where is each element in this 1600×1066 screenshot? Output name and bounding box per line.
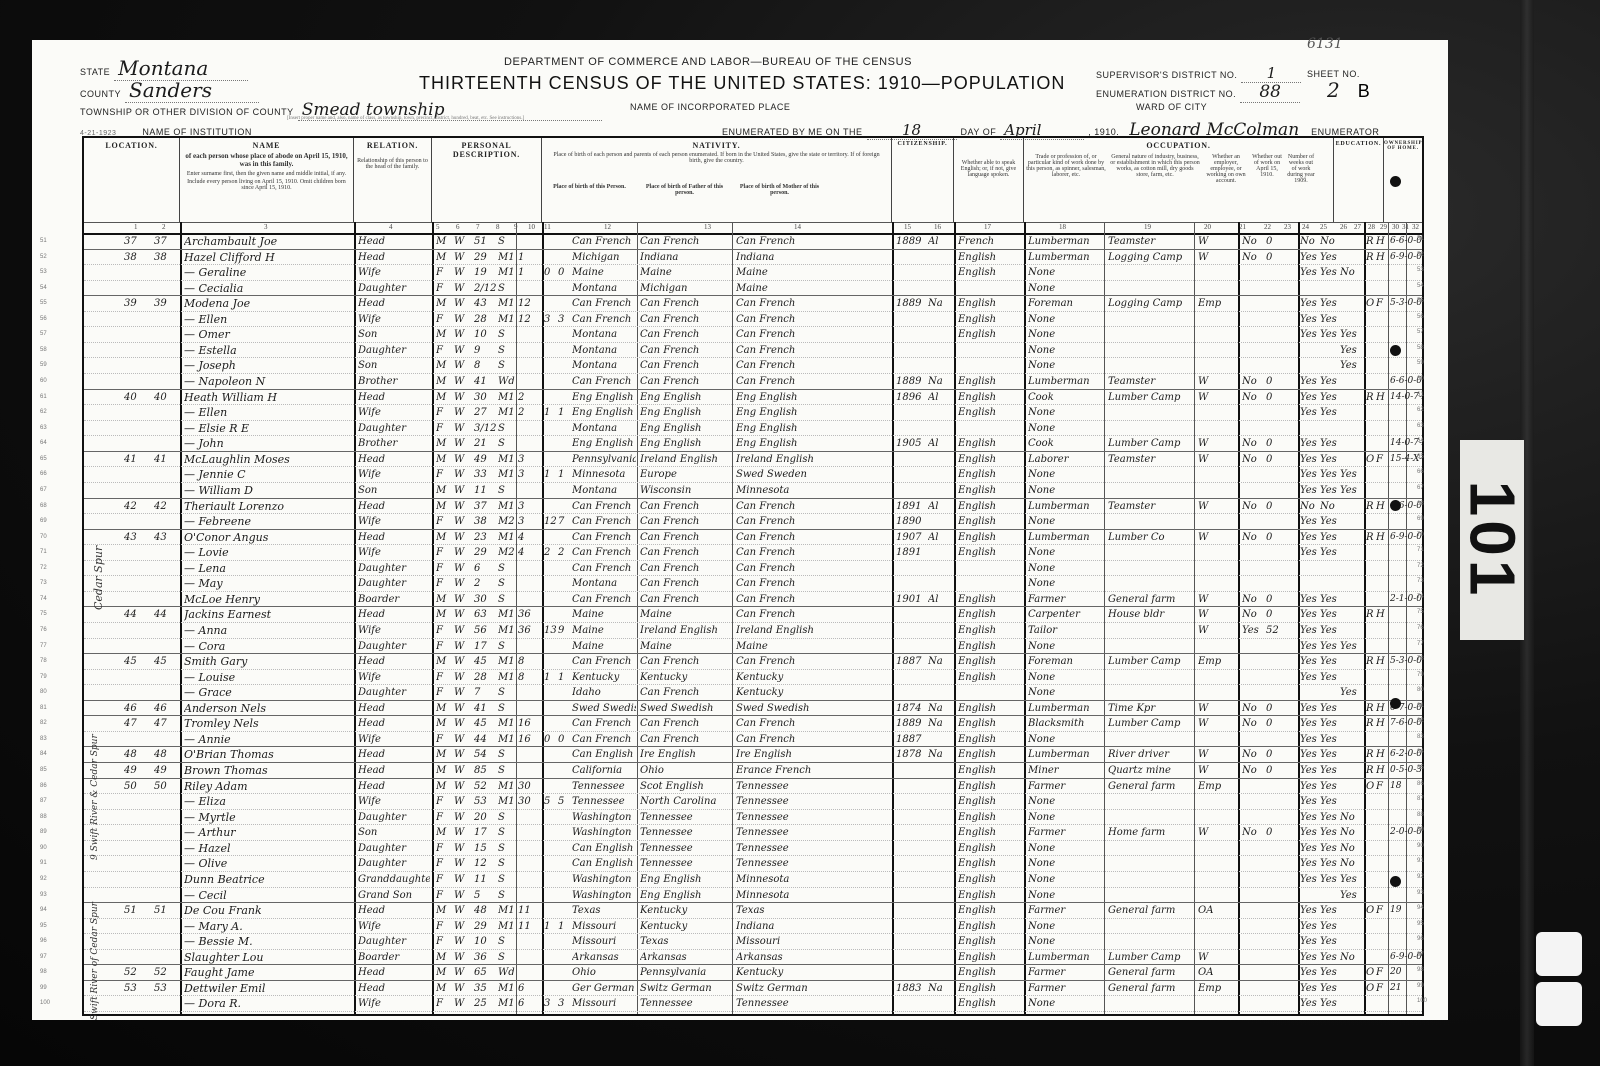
dwelling-number [124, 312, 150, 327]
birthplace: Montana [572, 421, 636, 436]
children-born [544, 716, 556, 731]
naturalization [928, 934, 952, 949]
employer-status [1198, 810, 1236, 825]
weeks-out [1266, 794, 1296, 809]
dwelling-number [124, 483, 150, 498]
trade: None [1028, 405, 1102, 420]
table-row: 995353Dettwiler EmilHeadMW35M16Ger Germa… [84, 981, 1422, 997]
language: English [958, 405, 1022, 420]
immigration-year [896, 825, 926, 840]
column-number: 14 [794, 223, 801, 231]
sex: M [436, 981, 452, 996]
marital-status: S [498, 763, 516, 778]
free-mortgaged [1376, 592, 1386, 607]
school: No [1340, 825, 1362, 840]
employer-status: Emp [1198, 654, 1236, 669]
supervisor-district-value: 1 [1241, 64, 1301, 83]
table-row: 97Slaughter LouBoarderMW36SArkansasArkan… [84, 950, 1422, 966]
family-number: 53 [154, 981, 178, 996]
family-number [154, 561, 178, 576]
industry [1108, 623, 1192, 638]
family-number [154, 888, 178, 903]
employer-status [1198, 919, 1236, 934]
trade: None [1028, 810, 1102, 825]
race: W [454, 685, 472, 700]
line-number: 87 [40, 794, 54, 809]
age: 29 [474, 919, 496, 934]
school [1340, 234, 1362, 249]
race: W [454, 810, 472, 825]
years-married: 4 [518, 530, 540, 545]
language: English [958, 654, 1022, 669]
children-living: 1 [558, 919, 570, 934]
marital-status: M1 [498, 452, 516, 467]
race: W [454, 716, 472, 731]
years-married [518, 343, 540, 358]
can-write: Yes [1320, 592, 1340, 607]
line-number: 73 [40, 576, 54, 591]
table-row: 89— ArthurSonMW17SWashingtonTennesseeTen… [84, 825, 1422, 841]
margin-line-number: 95 [1417, 921, 1424, 927]
industry [1108, 561, 1192, 576]
dwelling-number [124, 623, 150, 638]
marital-status: M1 [498, 716, 516, 731]
column-number: 24 [1302, 223, 1309, 231]
can-write: Yes [1320, 841, 1340, 856]
language: English [958, 483, 1022, 498]
relation: Brother [358, 374, 430, 389]
children-living [558, 763, 570, 778]
dwelling-number [124, 825, 150, 840]
children-born: 0 [544, 265, 556, 280]
race: W [454, 639, 472, 654]
family-number [154, 872, 178, 887]
birthplace: Maine [572, 607, 636, 622]
trade: Lumberman [1028, 499, 1102, 514]
line-number: 81 [40, 701, 54, 716]
relation: Son [358, 358, 430, 373]
industry [1108, 888, 1192, 903]
marital-status: S [498, 639, 516, 654]
relation: Wife [358, 732, 430, 747]
table-row: 80— GraceDaughterFW7SIdahoCan FrenchKent… [84, 685, 1422, 701]
language: English [958, 545, 1022, 560]
relation: Wife [358, 467, 430, 482]
column-number: 15 [904, 223, 911, 231]
dwelling-number [124, 281, 150, 296]
employer-status: W [1198, 234, 1236, 249]
father-birthplace: Can French [640, 545, 730, 560]
industry [1108, 810, 1192, 825]
employer-status [1198, 872, 1236, 887]
trade: None [1028, 281, 1102, 296]
trade: None [1028, 794, 1102, 809]
can-read: Yes [1300, 763, 1320, 778]
out-of-work [1242, 950, 1264, 965]
sex: F [436, 856, 452, 871]
father-birthplace: Can French [640, 327, 730, 342]
immigration-year: 1907 [896, 530, 926, 545]
age: 8 [474, 358, 496, 373]
race: W [454, 265, 472, 280]
line-number: 56 [40, 312, 54, 327]
immigration-year [896, 934, 926, 949]
owned-rented: R [1366, 654, 1376, 669]
age: 38 [474, 514, 496, 529]
line-number: 92 [40, 872, 54, 887]
table-row: 704343O'Conor AngusHeadMW23M14Can French… [84, 530, 1422, 546]
children-living: 0 [558, 265, 570, 280]
age: 23 [474, 530, 496, 545]
weeks-out: 0 [1266, 250, 1296, 265]
sex: F [436, 561, 452, 576]
person-name: — Jennie C [184, 467, 352, 482]
age: 36 [474, 950, 496, 965]
owned-rented [1366, 343, 1376, 358]
can-write: Yes [1320, 545, 1340, 560]
margin-line-number: 91 [1417, 858, 1424, 864]
birthplace: Minnesota [572, 467, 636, 482]
father-birthplace: Can French [640, 312, 730, 327]
birthplace: Montana [572, 483, 636, 498]
relation: Head [358, 296, 430, 311]
children-born [544, 374, 556, 389]
children-born [544, 856, 556, 871]
sex: M [436, 825, 452, 840]
mother-birthplace: Can French [736, 327, 886, 342]
marital-status: Wd [498, 965, 516, 980]
naturalization [928, 965, 952, 980]
employer-status: W [1198, 950, 1236, 965]
person-name: — May [184, 576, 352, 591]
children-living [558, 685, 570, 700]
birthplace: Can French [572, 561, 636, 576]
can-write: Yes [1320, 996, 1340, 1011]
marital-status: M1 [498, 794, 516, 809]
trade: Lumberman [1028, 530, 1102, 545]
person-name: Slaughter Lou [184, 950, 352, 965]
dwelling-number [124, 358, 150, 373]
age: 41 [474, 374, 496, 389]
trade: Farmer [1028, 825, 1102, 840]
employer-status [1198, 670, 1236, 685]
dwelling-number [124, 996, 150, 1011]
children-born [544, 530, 556, 545]
margin-line-number: 74 [1417, 594, 1424, 600]
weeks-out [1266, 810, 1296, 825]
margin-line-number: 93 [1417, 890, 1424, 896]
children-living [558, 327, 570, 342]
sex: F [436, 732, 452, 747]
father-birthplace: Pennsylvania [640, 965, 730, 980]
person-name: — Annie [184, 732, 352, 747]
age: 37 [474, 499, 496, 514]
dwelling-number [124, 856, 150, 871]
family-number: 47 [154, 716, 178, 731]
line-number: 60 [40, 374, 54, 389]
name-instruction-1: Enter surname first, then the given name… [180, 170, 353, 178]
can-write: Yes [1320, 701, 1340, 716]
dwelling-number [124, 343, 150, 358]
can-read: Yes [1300, 996, 1320, 1011]
family-number: 49 [154, 763, 178, 778]
industry [1108, 996, 1192, 1011]
out-of-work: No [1242, 390, 1264, 405]
trade: None [1028, 514, 1102, 529]
mother-birthplace: Tennessee [736, 996, 886, 1011]
age: 2 [474, 576, 496, 591]
out-of-work: No [1242, 747, 1264, 762]
relation: Brother [358, 436, 430, 451]
can-write: Yes [1320, 514, 1340, 529]
family-number: 51 [154, 903, 178, 918]
incorporated-place-label: Name of incorporated place [630, 102, 790, 112]
person-name: O'Conor Angus [184, 530, 352, 545]
out-of-work [1242, 841, 1264, 856]
personal-header: PERSONAL DESCRIPTION. [432, 138, 542, 222]
free-mortgaged: F [1376, 903, 1386, 918]
naturalization [928, 950, 952, 965]
person-name: O'Brian Thomas [184, 747, 352, 762]
age: 29 [474, 545, 496, 560]
years-married: 11 [518, 919, 540, 934]
sheet-side: B [1358, 81, 1370, 101]
person-name: — Myrtle [184, 810, 352, 825]
race: W [454, 903, 472, 918]
language: English [958, 934, 1022, 949]
marital-status: S [498, 483, 516, 498]
weeks-out [1266, 856, 1296, 871]
language: English [958, 530, 1022, 545]
industry: Time Kpr [1108, 701, 1192, 716]
owned-rented [1366, 732, 1376, 747]
margin-line-number: 56 [1417, 314, 1424, 320]
family-number: 43 [154, 530, 178, 545]
school [1340, 996, 1362, 1011]
out-of-work-header: Whether out of work on April 15, 1910. [1250, 154, 1284, 184]
birthplace: Ger German [572, 981, 636, 996]
children-born [544, 888, 556, 903]
birthplace: Swed Swedish [572, 701, 636, 716]
can-read: Yes [1300, 654, 1320, 669]
mother-birthplace: Indiana [736, 250, 886, 265]
person-name: — Bessie M. [184, 934, 352, 949]
dwelling-number [124, 950, 150, 965]
weeks-out: 0 [1266, 763, 1296, 778]
can-write: Yes [1320, 872, 1340, 887]
race: W [454, 234, 472, 249]
sex: F [436, 872, 452, 887]
sex: M [436, 250, 452, 265]
can-read: Yes [1300, 825, 1320, 840]
naturalization [928, 467, 952, 482]
children-born [544, 841, 556, 856]
industry [1108, 732, 1192, 747]
children-born [544, 483, 556, 498]
naturalization: Na [928, 981, 952, 996]
citizenship-header: CITIZENSHIP. [892, 138, 954, 222]
language [958, 358, 1022, 373]
trade: Lumberman [1028, 374, 1102, 389]
trade: Cook [1028, 436, 1102, 451]
sex: M [436, 452, 452, 467]
weeks-out: 0 [1266, 436, 1296, 451]
naturalization: Al [928, 530, 952, 545]
race: W [454, 965, 472, 980]
out-of-work: No [1242, 592, 1264, 607]
mother-birthplace: Eng English [736, 390, 886, 405]
sex: F [436, 467, 452, 482]
margin-line-number: 78 [1417, 656, 1424, 662]
immigration-year: 1874 [896, 701, 926, 716]
children-living [558, 934, 570, 949]
mother-birthplace: Tennessee [736, 779, 886, 794]
sex: F [436, 810, 452, 825]
line-number: 99 [40, 981, 54, 996]
relation: Head [358, 779, 430, 794]
years-married: 8 [518, 670, 540, 685]
owned-rented: O [1366, 981, 1376, 996]
immigration-year: 1883 [896, 981, 926, 996]
naturalization: Al [928, 436, 952, 451]
children-living [558, 250, 570, 265]
dwelling-number: 49 [124, 763, 150, 778]
out-of-work [1242, 685, 1264, 700]
table-row: 814646Anderson NelsHeadMW41SSwed Swedish… [84, 701, 1422, 717]
can-read: Yes [1300, 312, 1320, 327]
relation: Grand Son [358, 888, 430, 903]
margin-line-number: 59 [1417, 360, 1424, 366]
line-number: 86 [40, 779, 54, 794]
line-number: 67 [40, 483, 54, 498]
children-living [558, 483, 570, 498]
out-of-work [1242, 872, 1264, 887]
age: 51 [474, 234, 496, 249]
line-number: 89 [40, 825, 54, 840]
table-row: 985252Faught JameHeadMW65WdOhioPennsylva… [84, 965, 1422, 981]
owned-rented [1366, 950, 1376, 965]
marital-status: S [498, 358, 516, 373]
age: 54 [474, 747, 496, 762]
sex: M [436, 327, 452, 342]
family-number [154, 467, 178, 482]
out-of-work [1242, 561, 1264, 576]
trade: None [1028, 358, 1102, 373]
school [1340, 903, 1362, 918]
employer-status: W [1198, 623, 1236, 638]
employer-status: Emp [1198, 779, 1236, 794]
enumeration-district-label: Enumeration District No. [1096, 89, 1236, 99]
industry [1108, 421, 1192, 436]
age: 11 [474, 483, 496, 498]
school: No [1340, 810, 1362, 825]
weeks-out [1266, 576, 1296, 591]
person-name: — Napoleon N [184, 374, 352, 389]
birthplace: Maine [572, 623, 636, 638]
owned-rented [1366, 327, 1376, 342]
owned-rented [1366, 919, 1376, 934]
race: W [454, 732, 472, 747]
weeks-out [1266, 888, 1296, 903]
line-number: 93 [40, 888, 54, 903]
person-name: — Lena [184, 561, 352, 576]
owned-rented [1366, 639, 1376, 654]
relation: Daughter [358, 561, 430, 576]
age: 33 [474, 467, 496, 482]
owned-rented [1366, 514, 1376, 529]
margin-line-number: 72 [1417, 563, 1424, 569]
birthplace: Can French [572, 312, 636, 327]
mother-birthplace: Ire English [736, 747, 886, 762]
years-married [518, 685, 540, 700]
naturalization: Al [928, 592, 952, 607]
children-living [558, 747, 570, 762]
column-number: 13 [704, 223, 711, 231]
can-read: Yes [1300, 405, 1320, 420]
trade: None [1028, 545, 1102, 560]
years-married: 1 [518, 265, 540, 280]
immigration-year: 1896 [896, 390, 926, 405]
line-number: 57 [40, 327, 54, 342]
immigration-year: 1890 [896, 514, 926, 529]
trade: None [1028, 343, 1102, 358]
family-number [154, 810, 178, 825]
children-born [544, 763, 556, 778]
school [1340, 919, 1362, 934]
children-living [558, 281, 570, 296]
years-married: 3 [518, 499, 540, 514]
person-name: — Estella [184, 343, 352, 358]
line-number: 51 [40, 234, 54, 249]
relation: Head [358, 981, 430, 996]
weeks-out: 52 [1266, 623, 1296, 638]
mother-birthplace: Can French [736, 732, 886, 747]
school [1340, 716, 1362, 731]
birthplace: Missouri [572, 934, 636, 949]
can-write: Yes [1320, 670, 1340, 685]
dwelling-number: 39 [124, 296, 150, 311]
father-birthplace: Tennessee [640, 856, 730, 871]
race: W [454, 483, 472, 498]
children-born [544, 358, 556, 373]
person-name: — Cora [184, 639, 352, 654]
can-read: Yes [1300, 467, 1320, 482]
owned-rented: R [1366, 234, 1376, 249]
children-born: 3 [544, 312, 556, 327]
age: 85 [474, 763, 496, 778]
age: 19 [474, 265, 496, 280]
immigration-year [896, 265, 926, 280]
can-write: Yes [1320, 981, 1340, 996]
line-number: 75 [40, 607, 54, 622]
naturalization [928, 483, 952, 498]
can-write: Yes [1320, 732, 1340, 747]
sex: M [436, 701, 452, 716]
table-row: 92Dunn BeatriceGranddaughterFW11SWashing… [84, 872, 1422, 888]
person-name: — Elsie R E [184, 421, 352, 436]
language-description: Whether able to speak English; or, if no… [954, 138, 1023, 200]
children-born [544, 607, 556, 622]
years-married: 6 [518, 981, 540, 996]
trade: None [1028, 312, 1102, 327]
family-number [154, 592, 178, 607]
father-birthplace: Indiana [640, 250, 730, 265]
immigration-year [896, 250, 926, 265]
birthplace: Ohio [572, 965, 636, 980]
relation: Boarder [358, 592, 430, 607]
age: 27 [474, 405, 496, 420]
out-of-work [1242, 779, 1264, 794]
